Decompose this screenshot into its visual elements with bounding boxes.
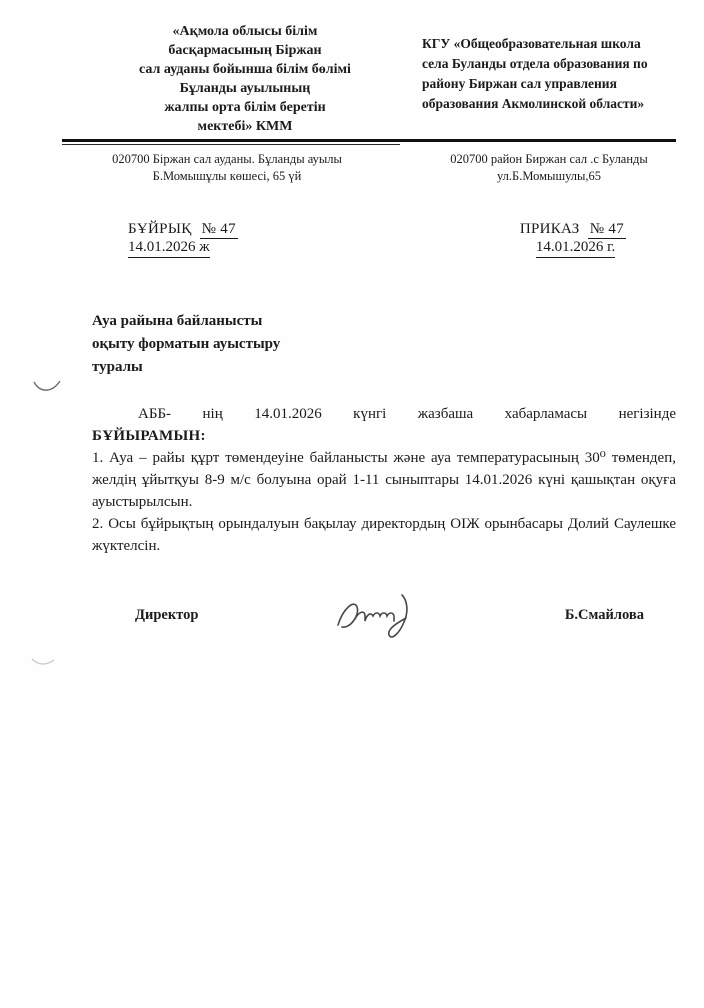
- address-line: Б.Момышұлы көшесі, 65 үй: [62, 168, 392, 185]
- org-line: села Буланды отдела образования по: [422, 54, 684, 74]
- org-line: басқармасының Біржан: [92, 41, 398, 60]
- org-name-russian: КГУ «Общеобразовательная школа села Була…: [422, 34, 684, 114]
- order-item-2: 2. Осы бұйрықтың орындалуын бақылау дире…: [92, 513, 676, 557]
- order-heading: БҰЙРЫҚ № 47 14.01.2026 ж ПРИКАЗ № 47 14.…: [0, 221, 704, 258]
- order-number: № 47: [588, 221, 626, 239]
- order-number: № 47: [200, 221, 238, 239]
- order-body: АББ- нің 14.01.2026 күнгі жазбаша хабарл…: [92, 403, 676, 557]
- org-line: жалпы орта білім беретін: [92, 98, 398, 117]
- signer-name: Б.Смайлова: [565, 607, 644, 624]
- address-block: 020700 Біржан сал ауданы. Бұланды ауылы …: [0, 145, 704, 185]
- address-russian: 020700 район Биржан сал .с Буланды ул.Б.…: [424, 151, 674, 185]
- divider-thick-line: [62, 139, 676, 142]
- address-line: 020700 район Биржан сал .с Буланды: [424, 151, 674, 168]
- subject-line: туралы: [92, 356, 392, 379]
- order-title-line: ПРИКАЗ № 47: [520, 221, 626, 238]
- order-subject: Ауа райына байланысты оқыту форматын ауы…: [92, 310, 392, 379]
- scan-artifact-arc: [32, 376, 62, 403]
- org-line: мектебі» КММ: [92, 117, 398, 136]
- subject-line: оқыту форматын ауыстыру: [92, 333, 392, 356]
- signer-role: Директор: [135, 607, 198, 624]
- org-line: «Ақмола облысы білім: [92, 22, 398, 41]
- org-line: образования Акмолинской области»: [422, 94, 684, 114]
- address-line: 020700 Біржан сал ауданы. Бұланды ауылы: [62, 151, 392, 168]
- order-heading-kazakh: БҰЙРЫҚ № 47 14.01.2026 ж: [128, 221, 238, 258]
- subject-line: Ауа райына байланысты: [92, 310, 392, 333]
- order-heading-russian: ПРИКАЗ № 47 14.01.2026 г.: [520, 221, 626, 258]
- signature-block: Директор Б.Смайлова: [135, 607, 644, 624]
- org-line: сал ауданы бойынша білім бөлімі: [92, 60, 398, 79]
- address-line: ул.Б.Момышулы,65: [424, 168, 674, 185]
- handwritten-signature-icon: [330, 587, 440, 650]
- order-date: 14.01.2026 г.: [536, 239, 615, 258]
- order-title: ПРИКАЗ: [520, 221, 580, 237]
- scan-artifact-arc: [30, 652, 56, 675]
- order-word: БҰЙЫРАМЫН:: [92, 425, 676, 447]
- org-line: Бұланды ауылының: [92, 79, 398, 98]
- letterhead: «Ақмола облысы білім басқармасының Біржа…: [0, 0, 704, 136]
- address-kazakh: 020700 Біржан сал ауданы. Бұланды ауылы …: [62, 151, 392, 185]
- org-line: КГУ «Общеобразовательная школа: [422, 34, 684, 54]
- order-date: 14.01.2026 ж: [128, 239, 210, 258]
- order-item-1: 1. Ауа – райы құрт төмендеуіне байланыст…: [92, 447, 676, 513]
- org-line: району Биржан сал управления: [422, 74, 684, 94]
- order-title: БҰЙРЫҚ: [128, 221, 192, 237]
- intro-line: АББ- нің 14.01.2026 күнгі жазбаша хабарл…: [92, 403, 676, 425]
- document-page: «Ақмола облысы білім басқармасының Біржа…: [0, 0, 704, 1008]
- order-title-line: БҰЙРЫҚ № 47: [128, 221, 238, 238]
- org-name-kazakh: «Ақмола облысы білім басқармасының Біржа…: [92, 22, 398, 136]
